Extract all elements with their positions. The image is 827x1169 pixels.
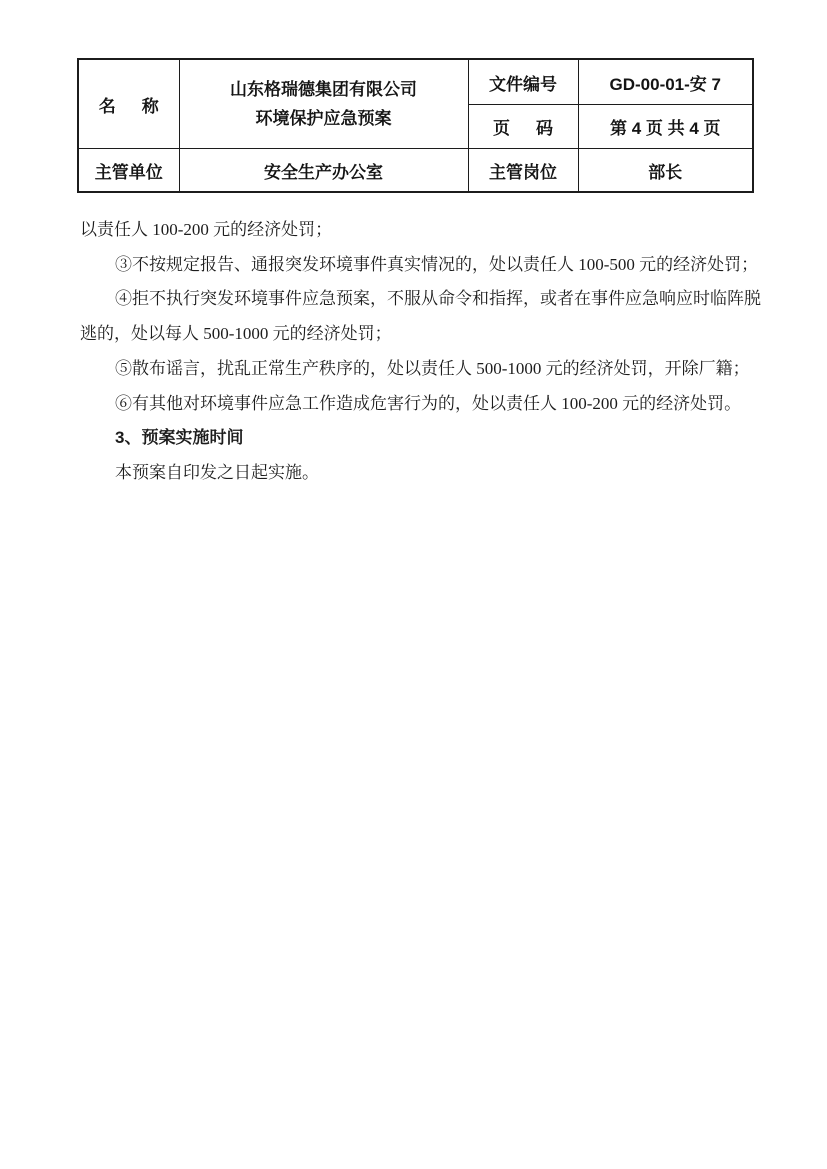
name-label: 名称	[99, 92, 159, 117]
body-text: 以责任人 100-200 元的经济处罚； ③不按规定报告、通报突发环境事件真实情…	[80, 213, 750, 491]
page-label: 页码	[493, 114, 553, 139]
doc-no-label-cell: 文件编号	[468, 59, 578, 105]
doc-no-label: 文件编号	[489, 75, 557, 94]
dept-value-cell: 安全生产办公室	[179, 149, 468, 193]
post-value: 部长	[648, 163, 682, 182]
dept-label: 主管单位	[95, 163, 163, 182]
paragraph-continuation: 以责任人 100-200 元的经济处罚；	[80, 213, 750, 248]
closing-sentence: 本预案自印发之日起实施。	[80, 456, 750, 491]
plan-title: 环境保护应急预案	[180, 104, 468, 133]
post-label: 主管岗位	[489, 163, 557, 182]
clause-4-line-1: ④拒不执行突发环境事件应急预案，不服从命令和指挥，或者在事件应急响应时临阵脱	[80, 282, 750, 317]
doc-header-table: 名称 山东格瑞德集团有限公司 环境保护应急预案 文件编号 GD-00-01-安 …	[77, 58, 754, 193]
page-label-cell: 页码	[468, 105, 578, 149]
clause-5: ⑤散布谣言，扰乱正常生产秩序的，处以责任人 500-1000 元的经济处罚，开除…	[80, 352, 750, 387]
page-value: 第 4 页 共 4 页	[610, 119, 721, 138]
doc-no-value: GD-00-01-安 7	[610, 75, 721, 94]
post-value-cell: 部长	[578, 149, 753, 193]
company-name: 山东格瑞德集团有限公司	[180, 75, 468, 104]
post-label-cell: 主管岗位	[468, 149, 578, 193]
clause-4-line-2: 逃的，处以每人 500-1000 元的经济处罚；	[80, 317, 750, 352]
section-heading: 3、预案实施时间	[80, 421, 750, 456]
document-page: { "header_table": { "name_label": "名称", …	[0, 0, 827, 1169]
clause-3: ③不按规定报告、通报突发环境事件真实情况的，处以责任人 100-500 元的经济…	[80, 248, 750, 283]
clause-6: ⑥有其他对环境事件应急工作造成危害行为的，处以责任人 100-200 元的经济处…	[80, 387, 750, 422]
name-label-cell: 名称	[78, 59, 179, 149]
page-value-cell: 第 4 页 共 4 页	[578, 105, 753, 149]
dept-label-cell: 主管单位	[78, 149, 179, 193]
doc-no-value-cell: GD-00-01-安 7	[578, 59, 753, 105]
name-value-cell: 山东格瑞德集团有限公司 环境保护应急预案	[179, 59, 468, 149]
dept-value: 安全生产办公室	[264, 163, 383, 182]
